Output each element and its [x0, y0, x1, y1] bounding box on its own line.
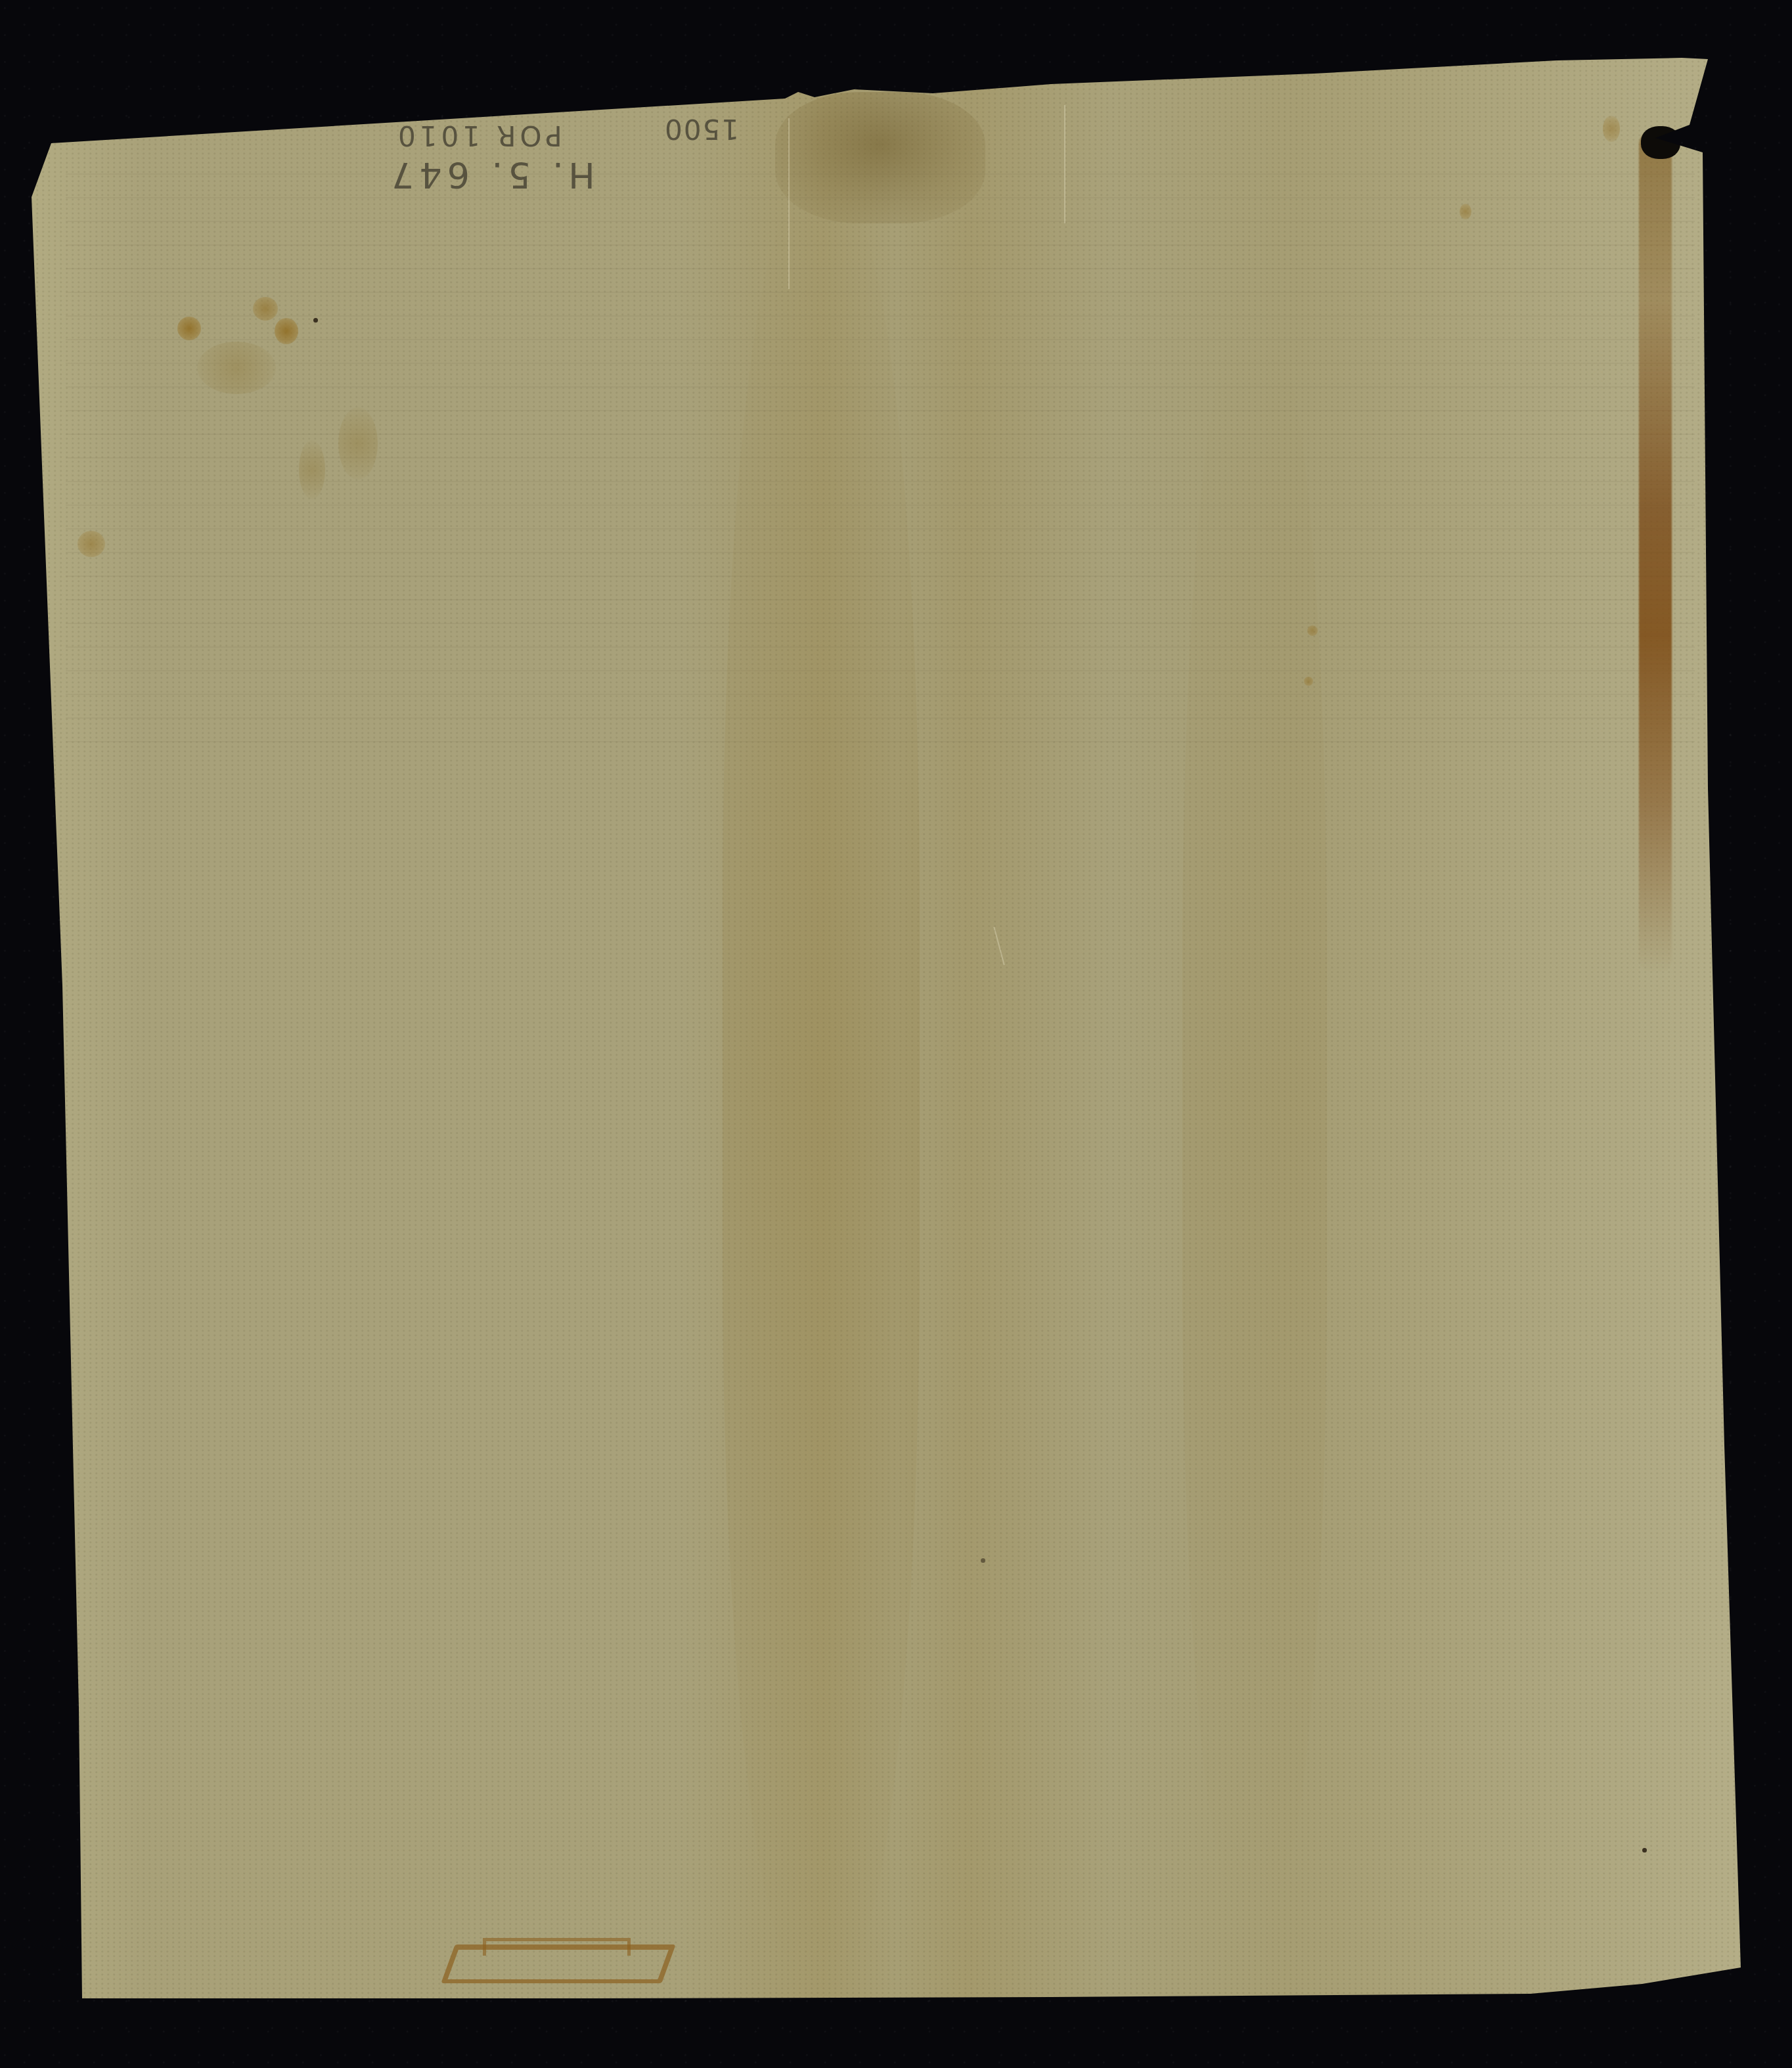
- drip-stain: [177, 317, 201, 340]
- annotation-date: 1500: [663, 113, 739, 145]
- drip-stain: [78, 531, 105, 557]
- parchment-sheet: 1500 POR 1010 H. 5. 647: [0, 0, 1792, 2068]
- small-spot: [1460, 204, 1471, 219]
- annotation-shelfmark: H. 5. 647: [386, 154, 595, 196]
- small-spot: [1603, 116, 1620, 142]
- ink-dot: [1642, 1848, 1647, 1853]
- seal-tag-outline: [441, 1944, 675, 1983]
- ink-dot: [313, 318, 318, 323]
- annotation-por-number: POR 1010: [394, 120, 562, 152]
- right-edge-strip-stain: [1639, 131, 1672, 972]
- parchment-crack: [1064, 105, 1065, 223]
- drip-trail-stain: [197, 342, 276, 394]
- drip-stain: [253, 297, 278, 321]
- drip-stain: [275, 318, 298, 344]
- fold-stain-band: [1182, 328, 1327, 1905]
- ink-dot: [981, 1558, 985, 1563]
- smear-stain: [338, 407, 378, 480]
- parchment-crack: [788, 118, 790, 289]
- smear-stain: [299, 440, 325, 499]
- fold-stain-band: [723, 197, 920, 1971]
